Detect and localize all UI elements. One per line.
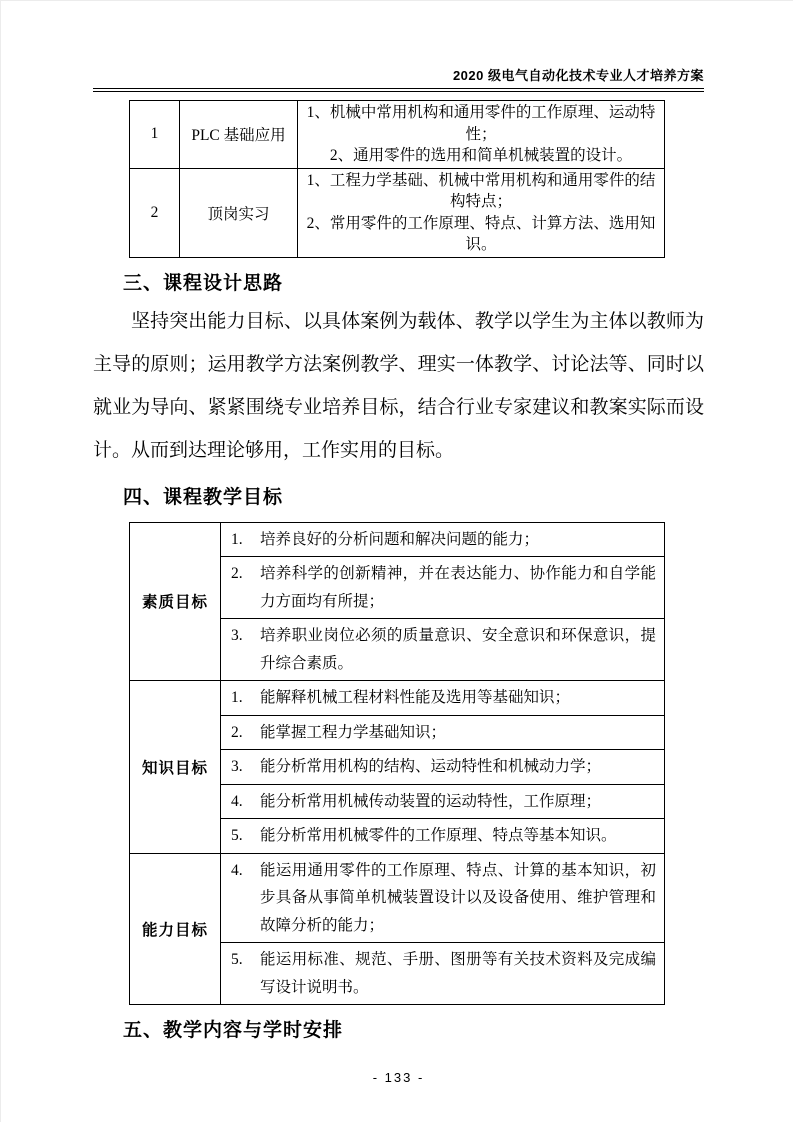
- objective-cell: 1. 能解释机械工程材料性能及选用等基础知识；: [221, 681, 665, 716]
- course-name: 顶岗实习: [180, 168, 298, 257]
- description-item: 1、工程力学基础、机械中常用机构和通用零件的结构特点；: [305, 170, 657, 213]
- item-text: 培养职业岗位必须的质量意识、安全意识和环保意识，提升综合素质。: [260, 622, 656, 677]
- objective-item: 1. 能解释机械工程材料性能及选用等基础知识；: [231, 684, 656, 712]
- objective-category: 素质目标: [130, 522, 221, 681]
- item-number: 2.: [231, 560, 260, 615]
- design-paragraph: 坚持突出能力目标、以具体案例为载体、教学以学生为主体以教师为主导的原则；运用教学…: [93, 300, 704, 472]
- row-index: 2: [130, 168, 180, 257]
- document-page: 2020 级电气自动化技术专业人才培养方案 1 PLC 基础应用 1、机械中常用…: [1, 1, 793, 1122]
- description-item: 2、常用零件的工作原理、特点、计算方法、选用知识。: [305, 213, 657, 256]
- course-name: PLC 基础应用: [180, 101, 298, 169]
- objective-item: 1. 培养良好的分析问题和解决问题的能力；: [231, 526, 656, 554]
- item-text: 能解释机械工程材料性能及选用等基础知识；: [260, 684, 656, 712]
- item-text: 能分析常用机构的结构、运动特性和机械动力学；: [260, 753, 656, 781]
- section-heading-schedule: 五、教学内容与学时安排: [123, 1018, 704, 1044]
- table-row: 知识目标 1. 能解释机械工程材料性能及选用等基础知识；: [130, 681, 665, 716]
- objective-item: 3. 培养职业岗位必须的质量意识、安全意识和环保意识，提升综合素质。: [231, 622, 656, 677]
- item-text: 能运用标准、规范、手册、图册等有关技术资料及完成编写设计说明书。: [260, 946, 656, 1001]
- item-number: 3.: [231, 753, 260, 781]
- page-header-title: 2020 级电气自动化技术专业人才培养方案: [93, 65, 704, 92]
- objective-item: 2. 能掌握工程力学基础知识；: [231, 719, 656, 747]
- table-row: 能力目标 4. 能运用通用零件的工作原理、特点、计算的基本知识，初步具备从事简单…: [130, 853, 665, 943]
- objective-item: 5. 能运用标准、规范、手册、图册等有关技术资料及完成编写设计说明书。: [231, 946, 656, 1001]
- item-number: 3.: [231, 622, 260, 677]
- row-index: 1: [130, 101, 180, 169]
- course-description-cell: 1、机械中常用机构和通用零件的工作原理、运动特性； 2、通用零件的选用和简单机械…: [298, 101, 665, 169]
- objective-cell: 2. 能掌握工程力学基础知识；: [221, 715, 665, 750]
- item-number: 4.: [231, 788, 260, 816]
- course-description-cell: 1、工程力学基础、机械中常用机构和通用零件的结构特点； 2、常用零件的工作原理、…: [298, 168, 665, 257]
- item-text: 能掌握工程力学基础知识；: [260, 719, 656, 747]
- item-text: 培养良好的分析问题和解决问题的能力；: [260, 526, 656, 554]
- section-heading-objectives: 四、课程教学目标: [123, 485, 704, 511]
- table-row: 2 顶岗实习 1、工程力学基础、机械中常用机构和通用零件的结构特点； 2、常用零…: [130, 168, 665, 257]
- course-knowledge-table: 1 PLC 基础应用 1、机械中常用机构和通用零件的工作原理、运动特性； 2、通…: [129, 100, 665, 258]
- item-number: 5.: [231, 946, 260, 1001]
- objective-item: 4. 能运用通用零件的工作原理、特点、计算的基本知识，初步具备从事简单机械装置设…: [231, 857, 656, 940]
- item-text: 培养科学的创新精神，并在表达能力、协作能力和自学能力方面均有所提；: [260, 560, 656, 615]
- objective-cell: 2. 培养科学的创新精神，并在表达能力、协作能力和自学能力方面均有所提；: [221, 557, 665, 619]
- objective-cell: 4. 能运用通用零件的工作原理、特点、计算的基本知识，初步具备从事简单机械装置设…: [221, 853, 665, 943]
- table-row: 1 PLC 基础应用 1、机械中常用机构和通用零件的工作原理、运动特性； 2、通…: [130, 101, 665, 169]
- objective-cell: 3. 培养职业岗位必须的质量意识、安全意识和环保意识，提升综合素质。: [221, 619, 665, 681]
- description-item: 1、机械中常用机构和通用零件的工作原理、运动特性；: [305, 102, 657, 145]
- item-number: 1.: [231, 526, 260, 554]
- item-number: 5.: [231, 822, 260, 850]
- item-number: 1.: [231, 684, 260, 712]
- description-item: 2、通用零件的选用和简单机械装置的设计。: [305, 145, 657, 167]
- table-row: 素质目标 1. 培养良好的分析问题和解决问题的能力；: [130, 522, 665, 557]
- objective-item: 5. 能分析常用机械零件的工作原理、特点等基本知识。: [231, 822, 656, 850]
- item-number: 2.: [231, 719, 260, 747]
- objective-cell: 5. 能分析常用机械零件的工作原理、特点等基本知识。: [221, 819, 665, 854]
- item-text: 能运用通用零件的工作原理、特点、计算的基本知识，初步具备从事简单机械装置设计以及…: [260, 857, 656, 940]
- objective-cell: 4. 能分析常用机械传动装置的运动特性，工作原理；: [221, 784, 665, 819]
- section-heading-design: 三、课程设计思路: [123, 271, 704, 297]
- item-text: 能分析常用机械零件的工作原理、特点等基本知识。: [260, 822, 656, 850]
- objective-item: 4. 能分析常用机械传动装置的运动特性，工作原理；: [231, 788, 656, 816]
- objective-cell: 3. 能分析常用机构的结构、运动特性和机械动力学；: [221, 750, 665, 785]
- objective-item: 3. 能分析常用机构的结构、运动特性和机械动力学；: [231, 753, 656, 781]
- page-number: - 133 -: [93, 1070, 704, 1085]
- objective-cell: 5. 能运用标准、规范、手册、图册等有关技术资料及完成编写设计说明书。: [221, 943, 665, 1005]
- objective-cell: 1. 培养良好的分析问题和解决问题的能力；: [221, 522, 665, 557]
- item-number: 4.: [231, 857, 260, 940]
- objective-category: 知识目标: [130, 681, 221, 854]
- objective-item: 2. 培养科学的创新精神，并在表达能力、协作能力和自学能力方面均有所提；: [231, 560, 656, 615]
- teaching-objectives-table: 素质目标 1. 培养良好的分析问题和解决问题的能力； 2. 培养科学的创新精神，…: [129, 522, 665, 1006]
- objective-category: 能力目标: [130, 853, 221, 1005]
- item-text: 能分析常用机械传动装置的运动特性，工作原理；: [260, 788, 656, 816]
